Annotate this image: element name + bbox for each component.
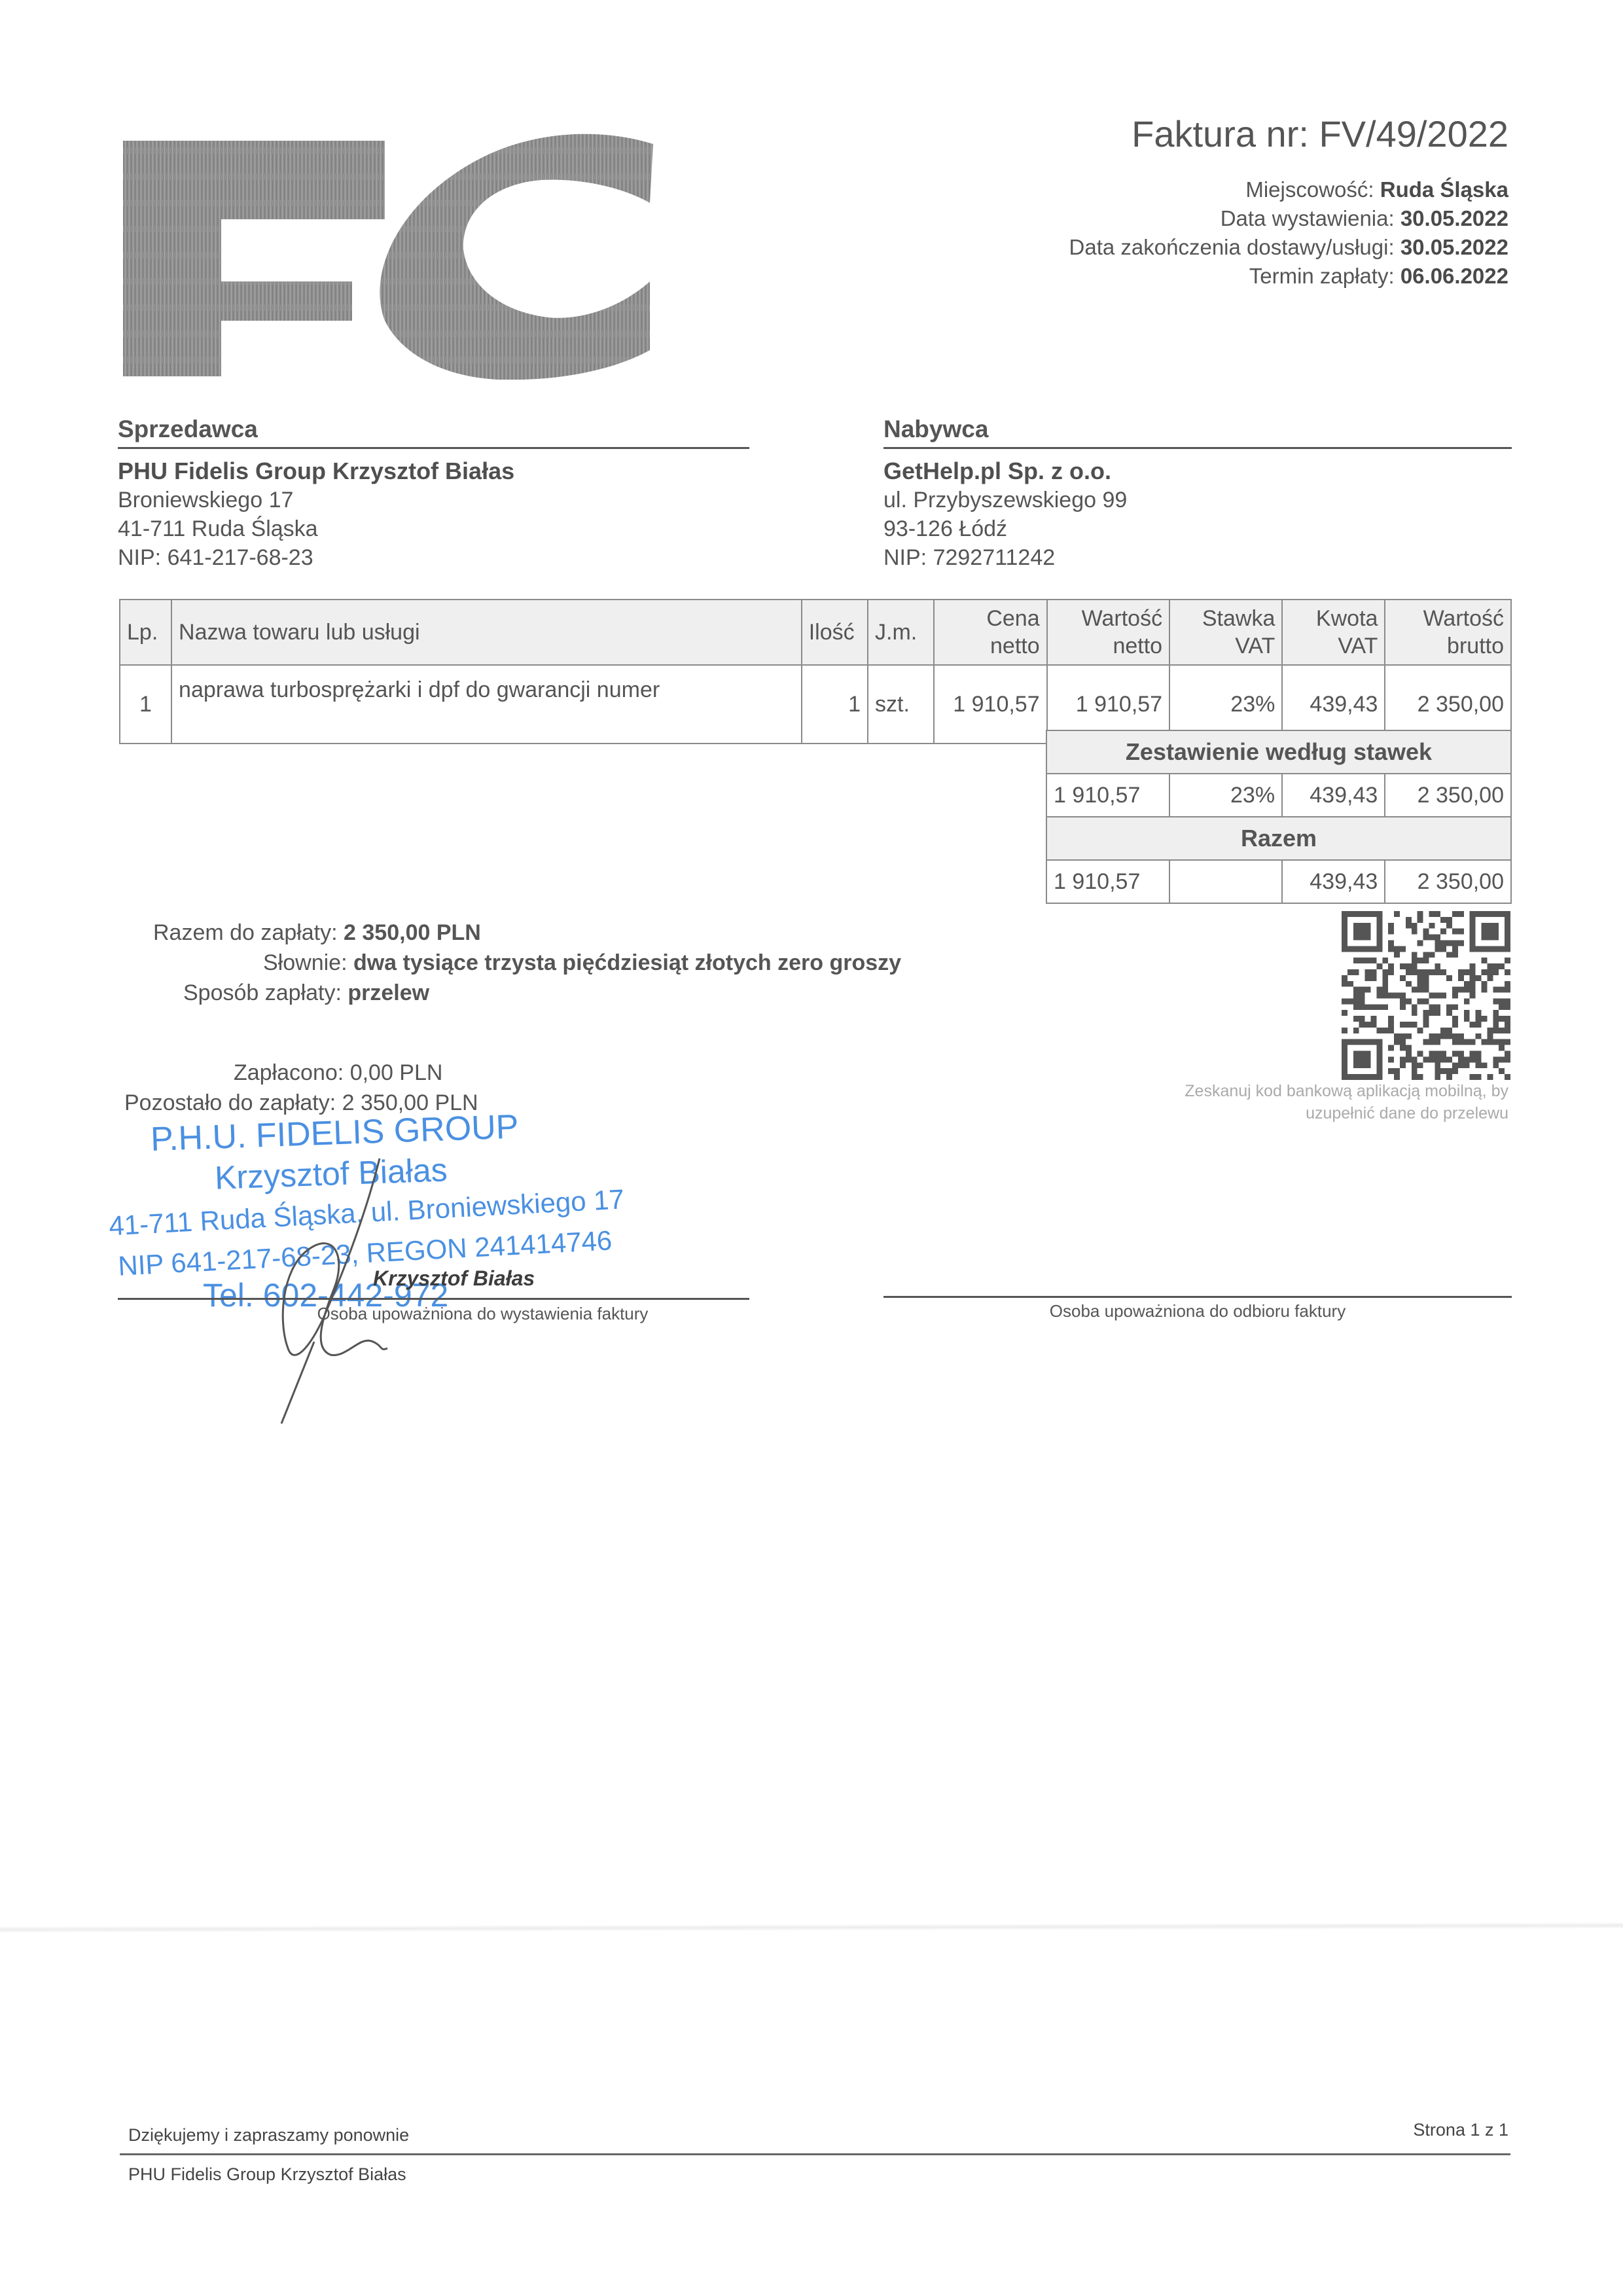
total-gross: 2 350,00 [1385,860,1511,903]
col-lp: Lp. [120,600,171,665]
seller-street: Broniewskiego 17 [118,486,749,514]
payment-method: Sposób zapłaty: przelew [118,978,1001,1008]
footer-company: PHU Fidelis Group Krzysztof Białas [128,2164,406,2185]
total-vat-rate [1169,860,1282,903]
buyer-name: GetHelp.pl Sp. z o.o. [883,457,1512,486]
summary-vat: 439,43 [1282,774,1385,817]
total-due: Razem do zapłaty: 2 350,00 PLN [118,918,1001,948]
summary-total-row: 1 910,57 439,43 2 350,00 [1046,860,1511,903]
qr-caption: Zeskanuj kod bankową aplikacją mobilną, … [1185,1080,1508,1124]
items-table: Lp. Nazwa towaru lub usługi Ilość J.m. C… [119,599,1512,744]
receiver-signature-line [883,1296,1512,1298]
col-unit-price: Cena netto [934,600,1046,665]
issuer-signature-line [118,1298,749,1300]
seller-city: 41-711 Ruda Śląska [118,514,749,543]
cell-lp: 1 [120,665,171,744]
cell-unit-price: 1 910,57 [934,665,1046,744]
vat-summary-table: Zestawienie według stawek 1 910,57 23% 4… [1046,730,1512,904]
meta-delivery-date: Data zakończenia dostawy/usługi: 30.05.2… [1069,233,1508,262]
handwritten-signature [216,1152,465,1427]
payment-block: Razem do zapłaty: 2 350,00 PLN Słownie: … [118,918,1001,1008]
cell-qty: 1 [802,665,868,744]
seller-name: PHU Fidelis Group Krzysztof Białas [118,457,749,486]
paid-block: Zapłacono: 0,00 PLN Pozostało do zapłaty… [118,1058,478,1118]
buyer-nip: NIP: 7292711242 [883,543,1512,572]
col-unit: J.m. [868,600,934,665]
invoice-title: Faktura nr: FV/49/2022 [1132,113,1508,155]
meta-due-date: Termin zapłaty: 06.06.2022 [1069,262,1508,291]
seller-block: Sprzedawca PHU Fidelis Group Krzysztof B… [118,416,749,572]
cell-unit: szt. [868,665,934,744]
footer-page-number: Strona 1 z 1 [1413,2120,1508,2140]
summary-net: 1 910,57 [1046,774,1169,817]
invoice-meta: Miejscowość: Ruda Śląska Data wystawieni… [1069,175,1508,291]
buyer-city: 93-126 Łódź [883,514,1512,543]
footer-thanks: Dziękujemy i zapraszamy ponownie [128,2125,409,2145]
summary-vat-rate: 23% [1169,774,1282,817]
payment-qr-code[interactable] [1342,911,1510,1080]
items-header-row: Lp. Nazwa towaru lub usługi Ilość J.m. C… [120,600,1511,665]
seller-heading: Sprzedawca [118,416,749,449]
seller-nip: NIP: 641-217-68-23 [118,543,749,572]
col-vat-rate: Stawka VAT [1169,600,1282,665]
amount-paid: Zapłacono: 0,00 PLN [118,1058,478,1088]
col-net: Wartość netto [1047,600,1169,665]
col-qty: Ilość [802,600,868,665]
scan-artifact-line [0,1922,1623,1933]
total-net: 1 910,57 [1046,860,1169,903]
summary-by-rate-heading: Zestawienie według stawek [1046,730,1511,774]
footer-divider [120,2153,1510,2155]
col-vat: Kwota VAT [1282,600,1385,665]
meta-place: Miejscowość: Ruda Śląska [1069,175,1508,204]
cell-name: naprawa turbosprężarki i dpf do gwarancj… [171,665,802,744]
total-vat: 439,43 [1282,860,1385,903]
buyer-block: Nabywca GetHelp.pl Sp. z o.o. ul. Przyby… [883,416,1512,572]
buyer-street: ul. Przybyszewskiego 99 [883,486,1512,514]
buyer-heading: Nabywca [883,416,1512,449]
col-gross: Wartość brutto [1385,600,1511,665]
amount-in-words: Słownie: dwa tysiące trzysta pięćdziesią… [118,948,1001,978]
col-name: Nazwa towaru lub usługi [171,600,802,665]
summary-total-heading: Razem [1046,817,1511,860]
meta-issue-date: Data wystawienia: 30.05.2022 [1069,204,1508,233]
summary-by-rate-row: 1 910,57 23% 439,43 2 350,00 [1046,774,1511,817]
company-logo-fc [116,124,653,380]
receiver-signature-label: Osoba upoważniona do odbioru faktury [883,1301,1512,1321]
issuer-signature-label: Osoba upoważniona do wystawienia faktury [118,1304,749,1324]
summary-gross: 2 350,00 [1385,774,1511,817]
